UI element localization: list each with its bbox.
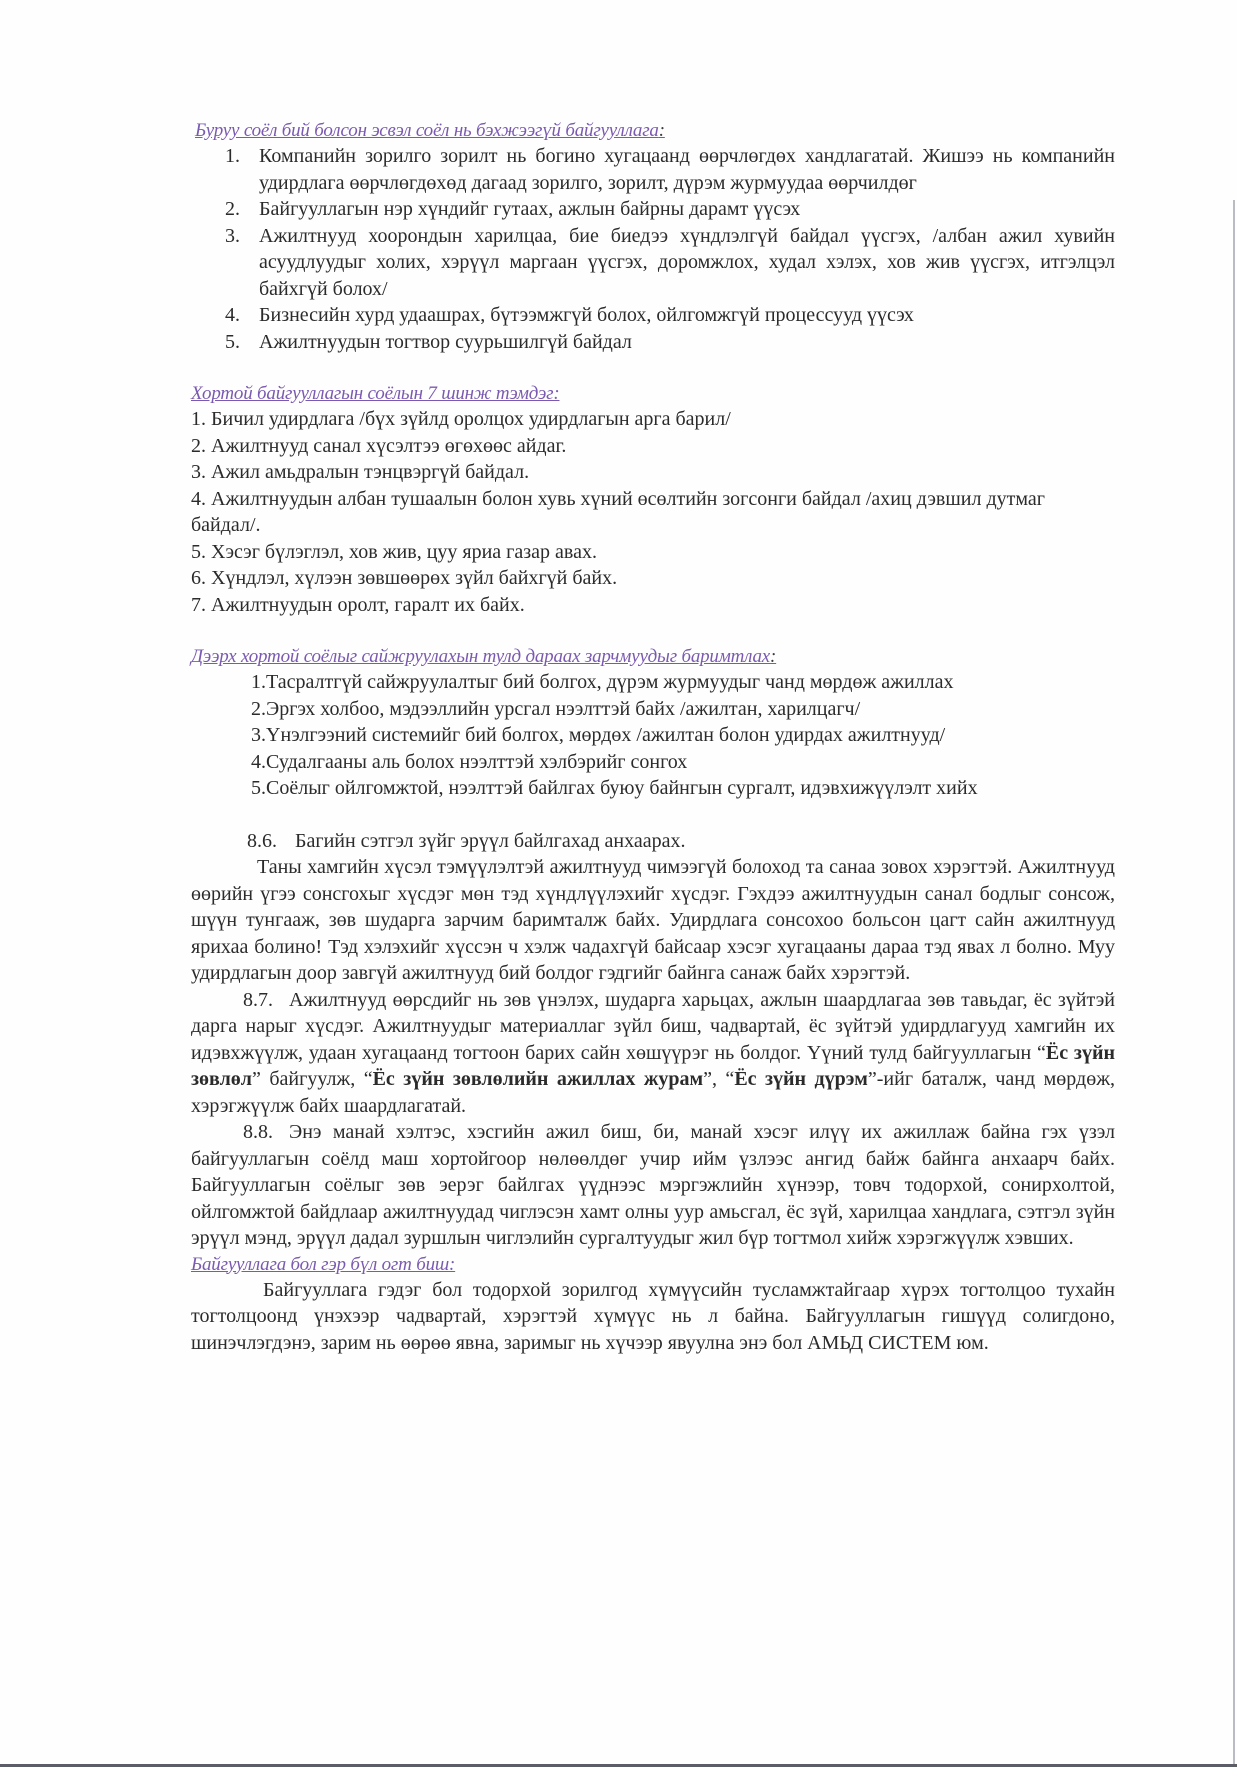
heading-toxic-signs: Хортой байгууллагын соёлын 7 шинж тэмдэг…: [191, 381, 1115, 406]
list-item: 4.Бизнесийн хурд удаашрах, бүтээмжгүй бо…: [259, 302, 1115, 329]
principles-list: 1.Тасралтгүй сайжруулалтыг бий болгох, д…: [195, 669, 1115, 802]
para-text: ”, “: [703, 1068, 734, 1090]
list-item: 1. Бичил удирдлага /бүх зүйлд оролцох уд…: [191, 406, 1115, 433]
para-text: ” байгуулж, “: [252, 1068, 373, 1090]
heading-principles: Дээрх хортой соёлыг сайжруулахын тулд да…: [191, 644, 1115, 669]
list-number: 1.: [225, 143, 240, 170]
list-item: 2.Байгууллагын нэр хүндийг гутаах, ажлын…: [259, 196, 1115, 223]
list-item: 3.Үнэлгээний системийг бий болгох, мөрдө…: [251, 722, 1115, 749]
heading-text: Буруу соёл бий болсон эсвэл соёл нь бэхж…: [195, 120, 659, 141]
list-item: 5. Хэсэг бүлэглэл, хов жив, цуу яриа газ…: [191, 539, 1115, 566]
list-number: 3.: [225, 223, 240, 250]
list-item: 2.Эргэх холбоо, мэдээллийн урсгал нээлтт…: [251, 696, 1115, 723]
list-text: Байгууллагын нэр хүндийг гутаах, ажлын б…: [259, 198, 800, 220]
heading-colon: :: [659, 120, 665, 141]
list-item: 6. Хүндлэл, хүлээн зөвшөөрөх зүйл байхгү…: [191, 565, 1115, 592]
list-item: 3. Ажил амьдралын тэнцвэргүй байдал.: [191, 459, 1115, 486]
scanned-page: Буруу соёл бий болсон эсвэл соёл нь бэхж…: [0, 0, 1237, 1767]
section-8-8-paragraph: 8.8.Энэ манай хэлтэс, хэсгийн ажил биш, …: [191, 1119, 1115, 1252]
not-family-paragraph: Байгууллага гэдэг бол тодорхой зорилгод …: [191, 1277, 1115, 1357]
section-number: 8.6.: [247, 828, 295, 855]
list-number: 4.: [225, 302, 240, 329]
list-number: 5.: [225, 329, 240, 356]
section-8-6-title: 8.6.Багийн сэтгэл зүйг эрүүл байлгахад а…: [195, 828, 1115, 855]
section-number: 8.8.: [243, 1119, 289, 1146]
list-text: Ажилтнууд хоорондын харилцаа, бие биедээ…: [259, 225, 1115, 300]
list-item: 5.Ажилтнуудын тогтвор суурьшилгүй байдал: [259, 329, 1115, 356]
toxic-signs-list: 1. Бичил удирдлага /бүх зүйлд оролцох уд…: [191, 406, 1115, 618]
list-text: Ажилтнуудын тогтвор суурьшилгүй байдал: [259, 331, 632, 353]
section-8-6-paragraph: Таны хамгийн хүсэл тэмүүлэлтэй ажилтнууд…: [191, 854, 1115, 987]
list-number: 2.: [225, 196, 240, 223]
list-item: 4. Ажилтнуудын албан тушаалын болон хувь…: [191, 486, 1115, 539]
page-edge-right: [1233, 200, 1235, 1765]
para-text: Ажилтнууд өөрсдийг нь зөв үнэлэх, шударг…: [191, 989, 1115, 1064]
para-text: Энэ манай хэлтэс, хэсгийн ажил биш, би, …: [191, 1121, 1115, 1249]
heading-bad-culture: Буруу соёл бий болсон эсвэл соёл нь бэхж…: [195, 118, 1115, 143]
section-8-7-paragraph: 8.7.Ажилтнууд өөрсдийг нь зөв үнэлэх, шу…: [191, 987, 1115, 1120]
heading-colon: :: [770, 646, 776, 667]
list-text: Бизнесийн хурд удаашрах, бүтээмжгүй боло…: [259, 304, 914, 326]
list-item: 3.Ажилтнууд хоорондын харилцаа, бие биед…: [259, 223, 1115, 303]
list-item: 1.Компанийн зорилго зорилт нь богино хуг…: [259, 143, 1115, 196]
list-item: 5.Соёлыг ойлгомжтой, нээлттэй байлгах бу…: [251, 775, 1115, 802]
list-item: 1.Тасралтгүй сайжруулалтыг бий болгох, д…: [251, 669, 1115, 696]
bold-term: Ёс зүйн дүрэм: [734, 1068, 868, 1090]
bold-term: Ёс зүйн зөвлөлийн ажиллах журам: [373, 1068, 703, 1090]
list-text: Компанийн зорилго зорилт нь богино хугац…: [259, 145, 1115, 194]
section-title-text: Багийн сэтгэл зүйг эрүүл байлгахад анхаа…: [295, 830, 685, 852]
bad-culture-list: 1.Компанийн зорилго зорилт нь богино хуг…: [195, 143, 1115, 355]
list-item: 2. Ажилтнууд санал хүсэлтээ өгөхөөс айда…: [191, 433, 1115, 460]
list-item: 7. Ажилтнуудын оролт, гаралт их байх.: [191, 592, 1115, 619]
list-item: 4.Судалгааны аль болох нээлттэй хэлбэрий…: [251, 749, 1115, 776]
heading-text: Дээрх хортой соёлыг сайжруулахын тулд да…: [191, 646, 770, 667]
heading-not-family: Байгууллага бол гэр бүл огт биш:: [191, 1252, 1115, 1277]
document-body: Буруу соёл бий болсон эсвэл соёл нь бэхж…: [195, 118, 1115, 1356]
section-number: 8.7.: [243, 987, 289, 1014]
